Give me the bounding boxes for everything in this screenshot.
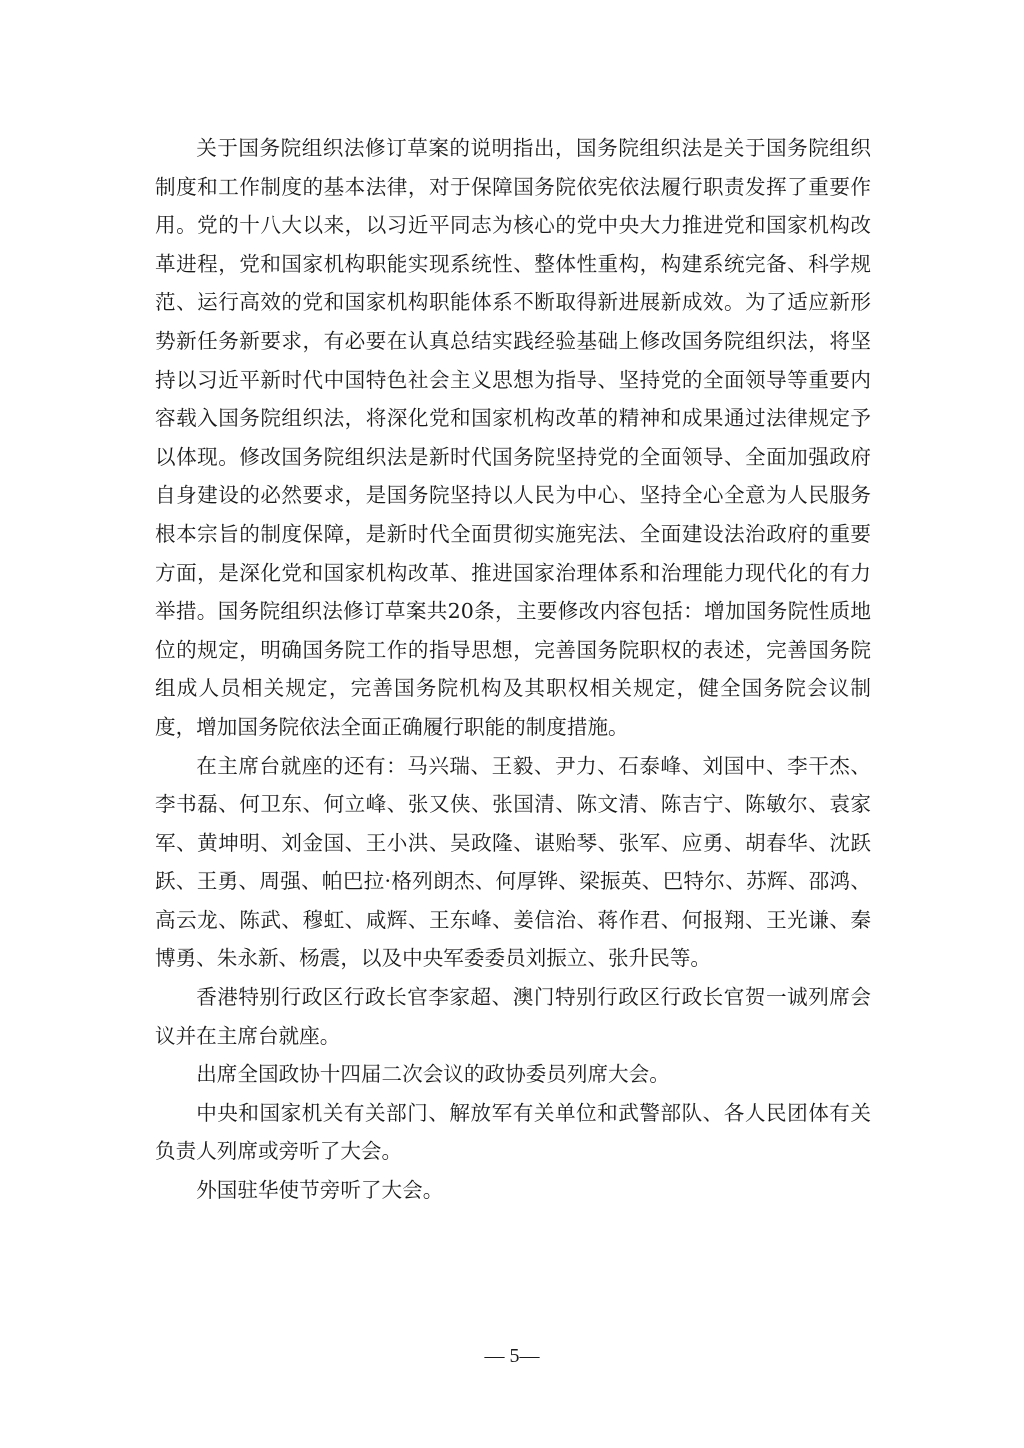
paragraph-state-council-law: 关于国务院组织法修订草案的说明指出，国务院组织法是关于国务院组织制度和工作制度的… xyxy=(155,129,871,747)
document-body: 关于国务院组织法修订草案的说明指出，国务院组织法是关于国务院组织制度和工作制度的… xyxy=(155,129,871,1210)
paragraph-sar-chief-executives: 香港特别行政区行政长官李家超、澳门特别行政区行政长官贺一诚列席会议并在主席台就座… xyxy=(155,978,871,1055)
paragraph-cppcc-members: 出席全国政协十四届二次会议的政协委员列席大会。 xyxy=(155,1055,871,1094)
paragraph-department-officials: 中央和国家机关有关部门、解放军有关单位和武警部队、各人民团体有关负责人列席或旁听… xyxy=(155,1094,871,1171)
paragraph-rostrum-attendees: 在主席台就座的还有：马兴瑞、王毅、尹力、石泰峰、刘国中、李干杰、李书磊、何卫东、… xyxy=(155,747,871,979)
document-page: 关于国务院组织法修订草案的说明指出，国务院组织法是关于国务院组织制度和工作制度的… xyxy=(0,0,1024,1448)
page-number: — 5— xyxy=(0,1345,1024,1368)
paragraph-foreign-envoys: 外国驻华使节旁听了大会。 xyxy=(155,1171,871,1210)
